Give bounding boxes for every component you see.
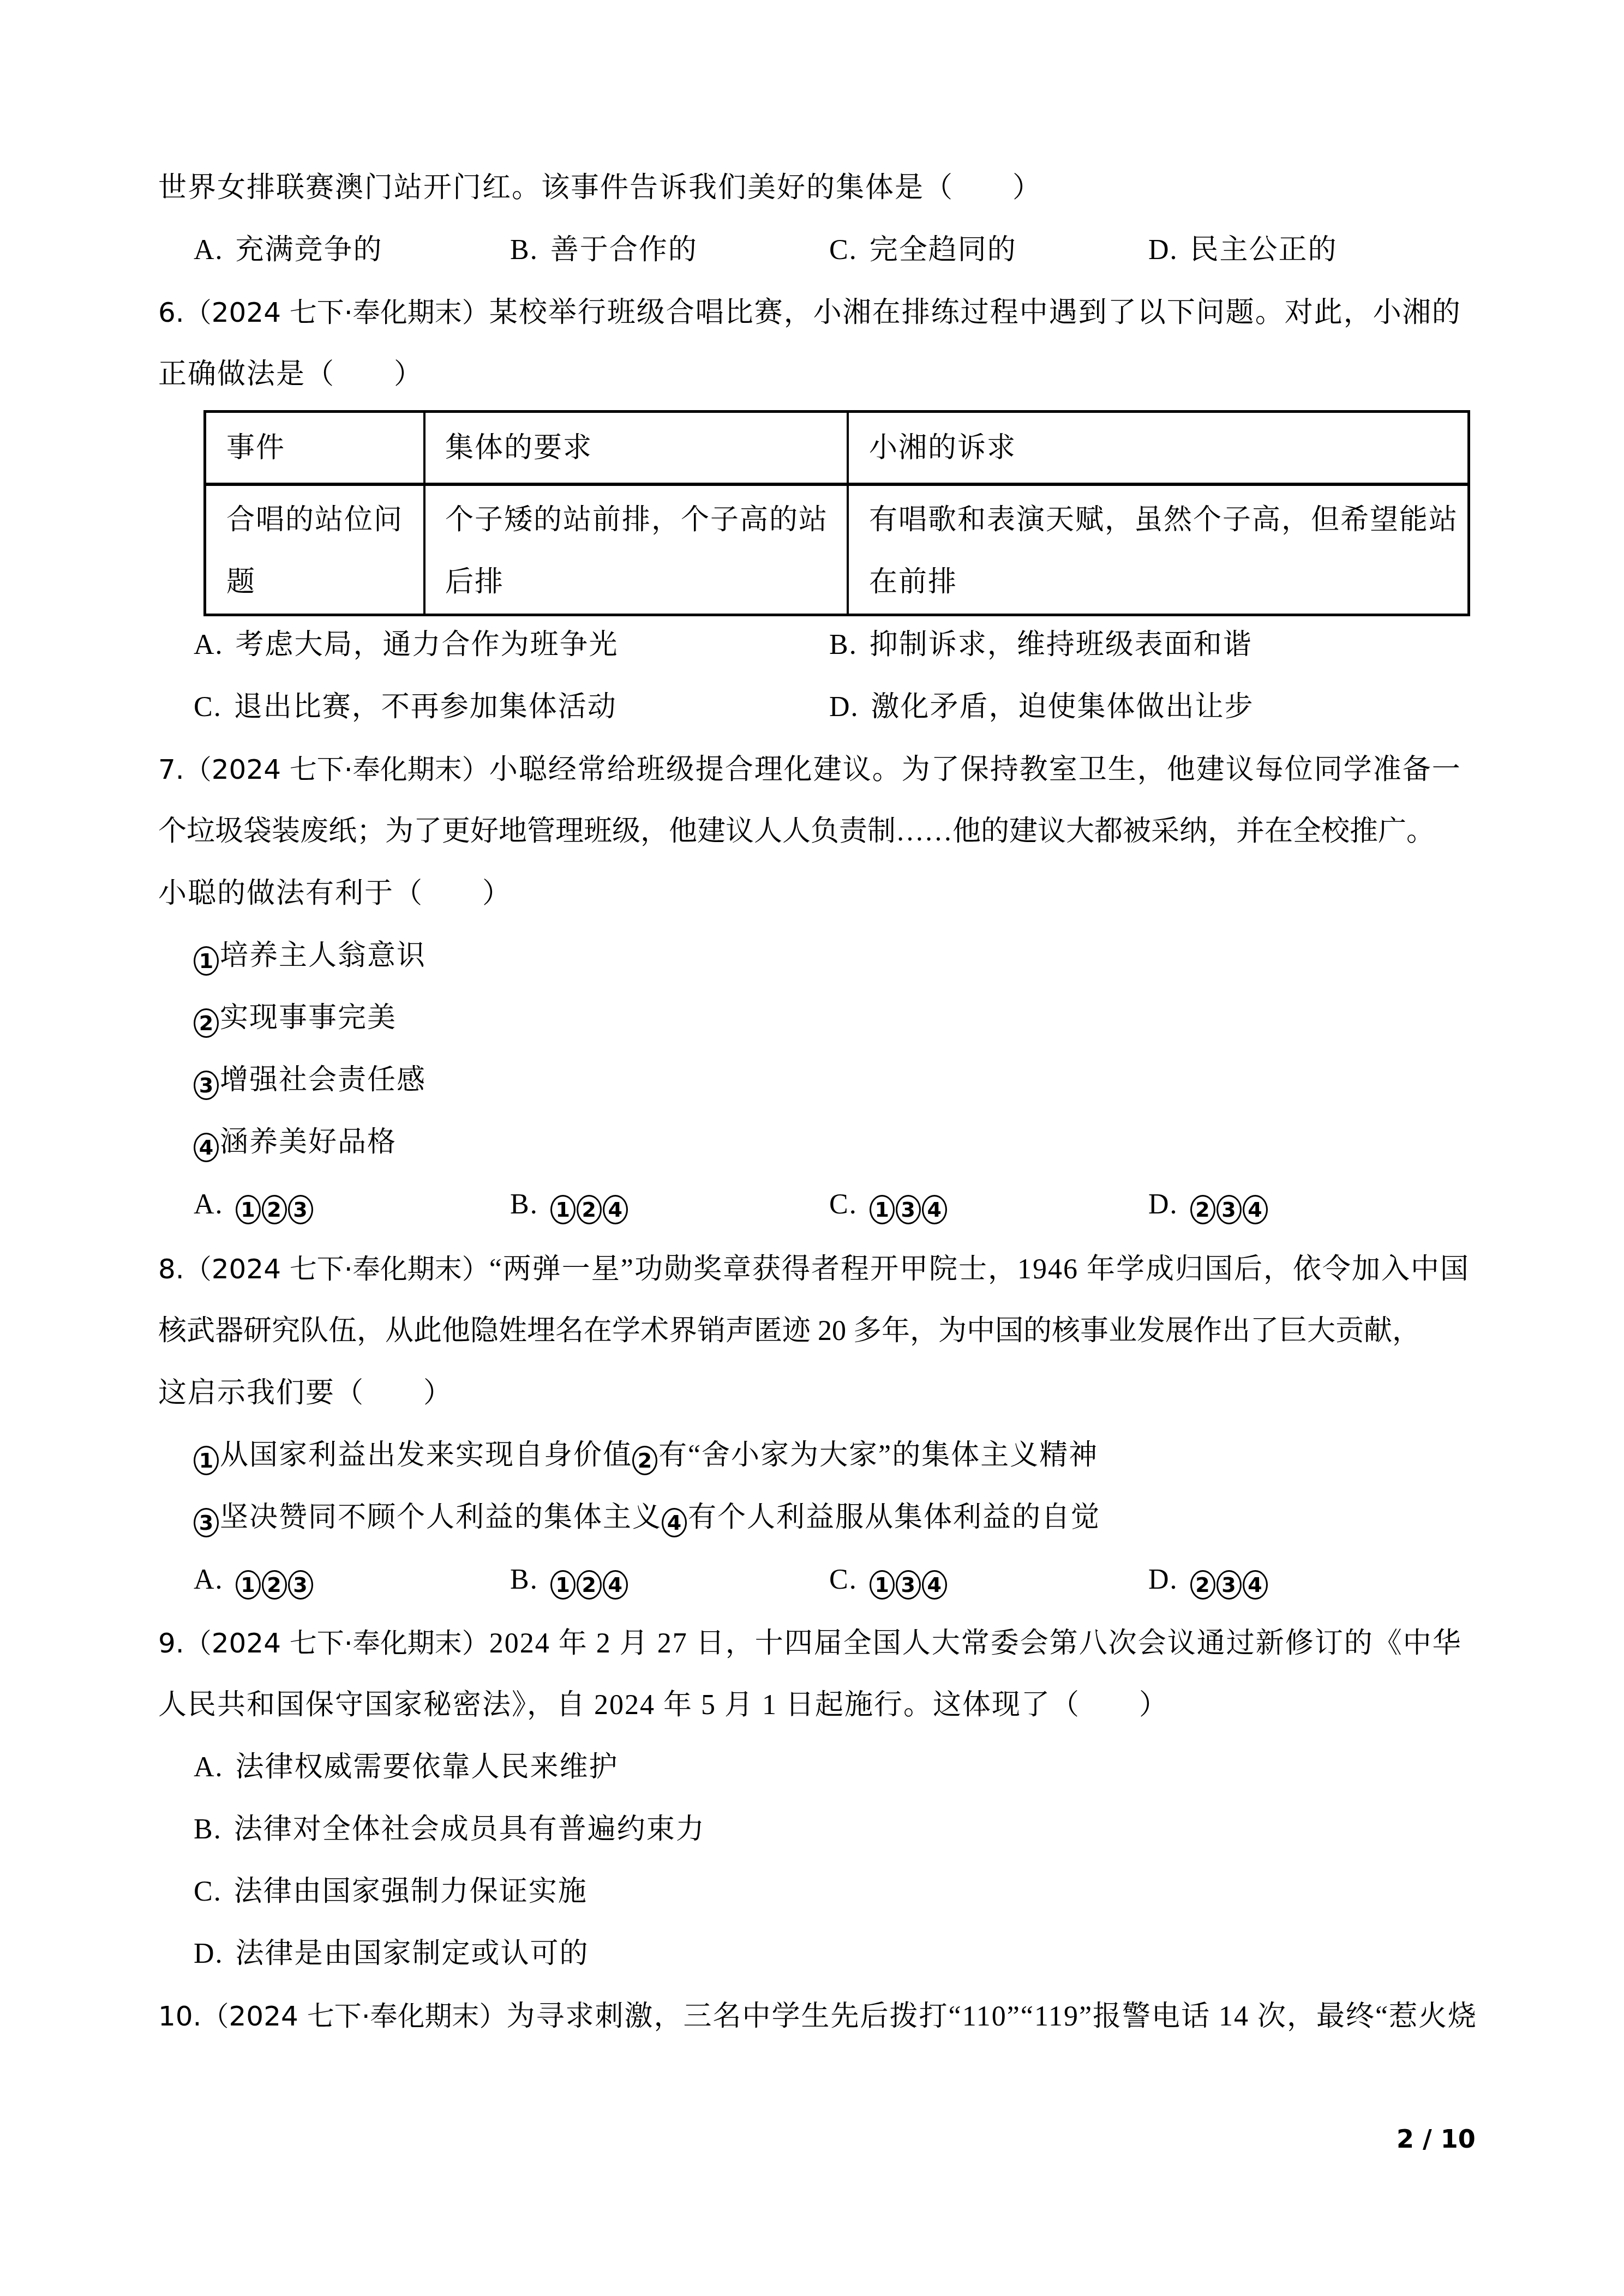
circled-number: 3	[1216, 1570, 1242, 1600]
q7-option-c: C.134	[829, 1187, 948, 1224]
statement-text: 增强社会责任感	[220, 1065, 426, 1096]
question-source: （2024 七下·奉化期末）	[184, 754, 489, 785]
q7-stem-line2: 个垃圾袋装废纸；为了更好地管理班级，他建议人人负责制……他的建议大都被采纳，并在…	[158, 814, 1435, 849]
q6-table: 事件 集体的要求 小湘的诉求 合唱的站位问题 个子矮的站前排，个子高的站后排 有…	[203, 410, 1470, 616]
circled-number: 3	[896, 1195, 921, 1224]
circled-number: 4	[1243, 1195, 1268, 1224]
q8-statements-row1: 1从国家利益出发来实现自身价值2有“舍小家为大家”的集体主义精神	[194, 1438, 1098, 1475]
statement-text: 实现事事完美	[220, 1002, 397, 1033]
question-number: 10.	[158, 2000, 202, 2032]
q5-option-b: B.善于合作的	[510, 233, 698, 268]
stem-text: 为寻求刺激，三名中学生先后拨打“110”“119”报警电话 14 次，最终“惹火…	[507, 2001, 1478, 2032]
option-label: A.	[194, 233, 224, 268]
q7-statement-2: 2实现事事完美	[194, 1001, 397, 1038]
option-label: D.	[1148, 1562, 1178, 1597]
option-label: B.	[510, 233, 538, 268]
cell-line: 个子矮的站前排，个子高的站	[445, 489, 828, 551]
option-text: 完全趋同的	[870, 235, 1017, 266]
option-label: C.	[829, 1562, 858, 1597]
statement-text: 培养主人翁意识	[220, 940, 426, 971]
circled-number: 3	[194, 1071, 219, 1100]
q6-option-d: D.激化矛盾，迫使集体做出让步	[829, 690, 1254, 725]
circled-number: 1	[194, 946, 219, 976]
option-text: 退出比赛，不再参加集体活动	[234, 692, 617, 723]
option-label: D.	[194, 1937, 224, 1972]
option-label: C.	[194, 1874, 222, 1909]
stem-text: 2024 年 2 月 27 日，十四届全国人大常委会第八次会议通过新修订的《中华	[489, 1628, 1462, 1659]
q7-stem-line3: 小聪的做法有利于（ ）	[158, 876, 512, 911]
option-label: B.	[510, 1562, 538, 1597]
circled-number: 3	[896, 1570, 921, 1600]
statement-text: 坚决赞同不顾个人利益的集体主义	[220, 1502, 662, 1533]
stem-text: 某校举行班级合唱比赛，小湘在排练过程中遇到了以下问题。对此，小湘的	[489, 297, 1461, 328]
option-text: 考虑大局，通力合作为班争光	[236, 629, 619, 660]
table-header-event: 事件	[226, 417, 285, 479]
circled-number: 2	[262, 1195, 287, 1224]
option-text: 法律是由国家制定或认可的	[236, 1938, 589, 1969]
statement-text: 有“舍小家为大家”的集体主义精神	[658, 1440, 1098, 1471]
circled-number: 4	[922, 1195, 947, 1224]
cell-line: 有唱歌和表演天赋，虽然个子高，但希望能站	[869, 489, 1458, 551]
option-label: C.	[829, 1187, 858, 1222]
option-text: 抑制诉求，维持班级表面和谐	[870, 629, 1253, 660]
circled-number: 1	[236, 1195, 261, 1224]
option-label: A.	[194, 1187, 224, 1222]
circled-number: 2	[1190, 1570, 1215, 1600]
q7-statement-1: 1培养主人翁意识	[194, 939, 426, 976]
option-text: 法律权威需要依靠人民来维护	[236, 1752, 619, 1783]
table-divider	[847, 413, 849, 614]
question-number: 6.	[158, 297, 184, 328]
q7-statement-3: 3增强社会责任感	[194, 1063, 426, 1100]
q8-stem-line3: 这启示我们要（ ）	[158, 1376, 453, 1411]
option-text: 民主公正的	[1190, 235, 1338, 266]
q6-stem-line2: 正确做法是（ ）	[158, 357, 423, 392]
option-text: 激化矛盾，迫使集体做出让步	[871, 692, 1254, 723]
q8-option-b: B.124	[510, 1562, 629, 1600]
stem-text: “两弹一星”功勋奖章获得者程开甲院士，1946 年学成归国后，依令加入中国	[489, 1254, 1470, 1285]
question-number: 9.	[158, 1627, 184, 1659]
circled-number: 3	[194, 1508, 219, 1537]
option-label: B.	[829, 628, 858, 663]
question-source: （2024 七下·奉化期末）	[184, 1253, 489, 1285]
q7-statement-4: 4涵养美好品格	[194, 1125, 397, 1162]
option-label: A.	[194, 628, 224, 663]
option-text: 法律对全体社会成员具有普遍约束力	[234, 1814, 705, 1845]
statement-text: 有个人利益服从集体利益的自觉	[688, 1502, 1100, 1533]
cell-line: 题	[226, 551, 403, 614]
circled-number: 3	[288, 1570, 313, 1600]
option-label: D.	[1148, 1187, 1178, 1222]
circled-number: 1	[870, 1570, 895, 1600]
option-label: C.	[829, 233, 858, 268]
circled-number: 1	[236, 1570, 261, 1600]
q8-option-a: A.123	[194, 1562, 314, 1600]
circled-number: 2	[1190, 1195, 1215, 1224]
q5-option-c: C.完全趋同的	[829, 233, 1017, 268]
option-label: B.	[194, 1812, 222, 1847]
table-cell-appeal: 有唱歌和表演天赋，虽然个子高，但希望能站在前排	[869, 489, 1458, 614]
option-text: 充满竞争的	[236, 235, 383, 266]
q7-option-b: B.124	[510, 1187, 629, 1224]
q9-stem-line2: 人民共和国保守国家秘密法》，自 2024 年 5 月 1 日起施行。这体现了（ …	[158, 1688, 1168, 1723]
table-cell-event: 合唱的站位问题	[226, 489, 403, 614]
q7-option-d: D.234	[1148, 1187, 1269, 1224]
circled-number: 2	[194, 1008, 219, 1038]
statement-text: 从国家利益出发来实现自身价值	[220, 1440, 632, 1471]
q8-stem-line1: 8.（2024 七下·奉化期末）“两弹一星”功勋奖章获得者程开甲院士，1946 …	[158, 1252, 1470, 1287]
q8-stem-line2: 核武器研究队伍，从此他隐姓埋名在学术界销声匿迹 20 多年，为中国的核事业发展作…	[158, 1314, 1421, 1349]
q6-option-c: C.退出比赛，不再参加集体活动	[194, 690, 617, 725]
option-text: 善于合作的	[550, 235, 698, 266]
statement-text: 涵养美好品格	[220, 1127, 397, 1158]
q9-option-c: C.法律由国家强制力保证实施	[194, 1874, 588, 1909]
option-text: 法律由国家强制力保证实施	[234, 1876, 588, 1907]
q9-option-d: D.法律是由国家制定或认可的	[194, 1937, 589, 1972]
option-label: A.	[194, 1562, 224, 1597]
circled-number: 4	[603, 1570, 628, 1600]
table-divider	[206, 483, 1467, 486]
page-number: 2 / 10	[1397, 2124, 1476, 2154]
circled-number: 2	[632, 1446, 657, 1475]
question-number: 8.	[158, 1253, 184, 1285]
table-divider	[423, 413, 426, 614]
option-label: B.	[510, 1187, 538, 1222]
q6-option-b: B.抑制诉求，维持班级表面和谐	[829, 628, 1253, 663]
q7-option-a: A.123	[194, 1187, 314, 1224]
table-header-requirement: 集体的要求	[445, 417, 592, 479]
circled-number: 4	[1243, 1570, 1268, 1600]
q6-stem-line1: 6.（2024 七下·奉化期末）某校举行班级合唱比赛，小湘在排练过程中遇到了以下…	[158, 295, 1461, 330]
q8-statements-row2: 3坚决赞同不顾个人利益的集体主义4有个人利益服从集体利益的自觉	[194, 1500, 1100, 1537]
q5-option-d: D.民主公正的	[1148, 233, 1338, 268]
q8-option-c: C.134	[829, 1562, 948, 1600]
question-source: （2024 七下·奉化期末）	[184, 297, 489, 328]
stem-text: 小聪经常给班级提合理化建议。为了保持教室卫生，他建议每位同学准备一	[489, 754, 1461, 785]
cell-line: 合唱的站位问	[226, 489, 403, 551]
table-header-appeal: 小湘的诉求	[869, 417, 1016, 479]
q6-option-a: A.考虑大局，通力合作为班争光	[194, 628, 619, 663]
q9-option-b: B.法律对全体社会成员具有普遍约束力	[194, 1812, 705, 1847]
circled-number: 2	[577, 1195, 602, 1224]
circled-number: 3	[288, 1195, 313, 1224]
circled-number: 4	[922, 1570, 947, 1600]
circled-number: 1	[550, 1195, 576, 1224]
option-label: D.	[1148, 233, 1178, 268]
q5-option-a: A.充满竞争的	[194, 233, 383, 268]
q9-option-a: A.法律权威需要依靠人民来维护	[194, 1750, 619, 1785]
option-label: A.	[194, 1750, 224, 1785]
option-label: D.	[829, 690, 859, 725]
q5-stem: 世界女排联赛澳门站开门红。该事件告诉我们美好的集体是（ ）	[158, 171, 1042, 206]
q9-stem-line1: 9.（2024 七下·奉化期末）2024 年 2 月 27 日，十四届全国人大常…	[158, 1626, 1462, 1661]
circled-number: 3	[1216, 1195, 1242, 1224]
circled-number: 2	[577, 1570, 602, 1600]
circled-number: 1	[870, 1195, 895, 1224]
question-number: 7.	[158, 754, 184, 785]
circled-number: 1	[550, 1570, 576, 1600]
cell-line: 在前排	[869, 551, 1458, 614]
circled-number: 4	[194, 1133, 219, 1162]
cell-line: 后排	[445, 551, 828, 614]
question-source: （2024 七下·奉化期末）	[184, 1627, 489, 1659]
option-label: C.	[194, 690, 222, 725]
q10-stem-line1: 10.（2024 七下·奉化期末）为寻求刺激，三名中学生先后拨打“110”“11…	[158, 1999, 1477, 2034]
circled-number: 4	[603, 1195, 628, 1224]
q8-option-d: D.234	[1148, 1562, 1269, 1600]
question-source: （2024 七下·奉化期末）	[202, 2000, 507, 2032]
circled-number: 1	[194, 1446, 219, 1475]
q7-stem-line1: 7.（2024 七下·奉化期末）小聪经常给班级提合理化建议。为了保持教室卫生，他…	[158, 752, 1461, 788]
table-cell-requirement: 个子矮的站前排，个子高的站后排	[445, 489, 828, 614]
circled-number: 4	[662, 1508, 687, 1537]
circled-number: 2	[262, 1570, 287, 1600]
